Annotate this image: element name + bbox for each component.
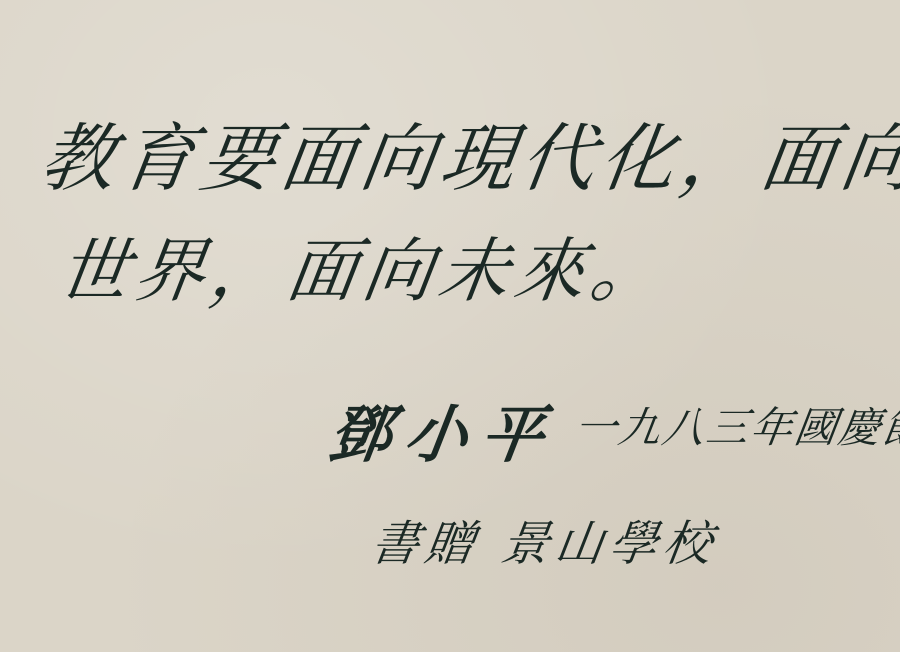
dedication-recipient: 景山學校 bbox=[497, 516, 721, 572]
dedication: 書贈景山學校 bbox=[367, 505, 723, 574]
inscription-line-2: 世界，面向未來。 bbox=[53, 215, 675, 316]
signature-date: 一九八三年國慶節 bbox=[571, 395, 900, 455]
dedication-prefix: 書贈 bbox=[367, 516, 483, 572]
author-signature: 鄧小平 bbox=[324, 385, 565, 474]
inscription-line-1: 教育要面向現代化，面向 bbox=[35, 100, 900, 206]
